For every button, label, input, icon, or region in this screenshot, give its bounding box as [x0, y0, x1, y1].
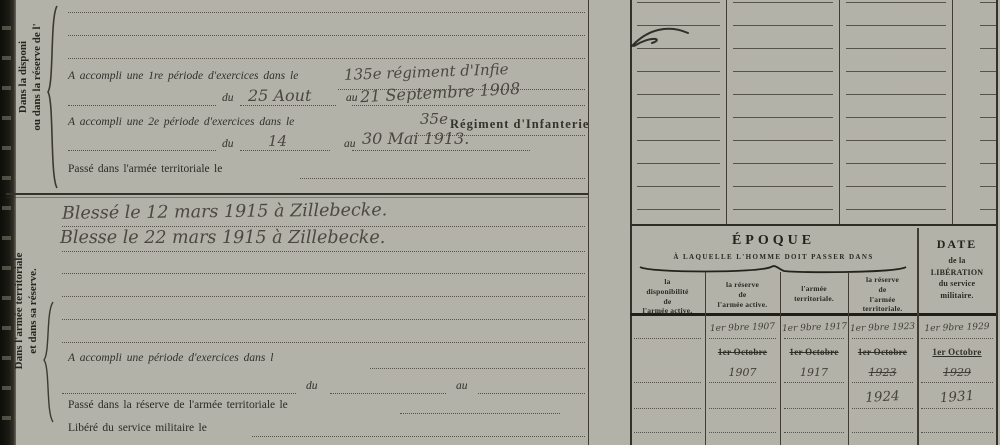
- cell-line: [634, 408, 701, 409]
- ruled-line: [62, 296, 585, 297]
- cell-line: [709, 408, 776, 409]
- binding-stitches: [2, 0, 11, 445]
- au-label: au: [344, 138, 356, 150]
- top-grid-lines: [846, 0, 946, 226]
- col2-octobre-stamp: 1er Octobre: [707, 347, 778, 357]
- section-divider-thin: [6, 197, 588, 198]
- cell-line: [921, 432, 993, 433]
- margin-label-territoriale: Dans l'armée territoriale et dans sa rés…: [13, 226, 43, 396]
- col3-year: 1917: [782, 366, 846, 379]
- epoque-col-line: [705, 272, 706, 445]
- period2-to-handwritten: 30 Mai 1913.: [362, 129, 469, 148]
- epoque-col3-header: l'armée territoriale.: [782, 284, 846, 304]
- liberation-year-struck: 1929: [919, 366, 995, 379]
- cell-line: [852, 432, 913, 433]
- cell-line: [921, 382, 993, 383]
- epoque-col1-header: la disponibilité de l'armée active.: [632, 277, 703, 316]
- military-record-page: Dans la disponi ou dans la réserve de l'…: [0, 0, 1000, 445]
- cell-line: [709, 338, 776, 339]
- liberation-year-correction: 1931: [919, 386, 996, 407]
- ruled-line: [62, 319, 585, 320]
- du-label: du: [222, 138, 234, 150]
- ruled-line: [68, 35, 585, 36]
- fill-line: [240, 105, 336, 106]
- cell-line: [634, 338, 701, 339]
- du-label: du: [306, 380, 318, 392]
- table-right-border: [996, 0, 998, 445]
- au-label: au: [456, 380, 468, 392]
- top-grid-col-line: [839, 0, 840, 226]
- du-label: du: [222, 92, 234, 104]
- fill-line: [240, 150, 330, 151]
- cell-line: [709, 432, 776, 433]
- period2-label: A accompli une 2e période d'exercices da…: [68, 116, 294, 128]
- cell-line: [784, 408, 844, 409]
- top-grid-col-line: [726, 0, 727, 226]
- col4-octobre-stamp: 1er Octobre: [850, 347, 915, 357]
- cell-line: [784, 432, 844, 433]
- table-left-border: [630, 0, 632, 445]
- col4-year-struck: 1923: [850, 366, 915, 379]
- fill-line: [400, 413, 560, 414]
- cell-line: [784, 382, 844, 383]
- liberation-date-handwritten: 1er 9bre 1929: [919, 322, 995, 335]
- fill-line: [352, 105, 585, 106]
- margin-label-disponibilite: Dans la disponi ou dans la réserve de l': [17, 0, 47, 192]
- fill-line: [62, 393, 296, 394]
- header-bottom-rule: [630, 313, 996, 316]
- top-grid-lines-narrow: [980, 0, 996, 226]
- cell-line: [921, 408, 993, 409]
- col3-date-handwritten: 1er 9bre 1917: [782, 322, 846, 334]
- cell-line: [634, 382, 701, 383]
- epoque-col-line: [848, 272, 849, 445]
- epoque-title: ÉPOQUE: [630, 233, 917, 249]
- passe-territoriale-label: Passé dans l'armée territoriale le: [68, 163, 222, 175]
- ruled-line: [62, 342, 585, 343]
- col3-octobre-stamp: 1er Octobre: [782, 347, 846, 357]
- fill-line: [352, 150, 530, 151]
- bottom-section-brace: [40, 300, 56, 425]
- period1-label: A accompli une 1re période d'exercices d…: [68, 70, 298, 82]
- col4-year-correction: 1924: [850, 387, 916, 406]
- ink-scribble: [630, 20, 714, 52]
- date-col-subtitle: de la LIBÉRATION du service militaire.: [919, 255, 995, 301]
- fill-line: [62, 226, 585, 227]
- fill-line: [330, 393, 446, 394]
- period2-regiment-stamp: Régiment d'Infanterie: [450, 117, 589, 132]
- top-grid-col-line: [952, 0, 953, 226]
- fill-line: [68, 105, 216, 106]
- fill-line: [370, 368, 585, 369]
- fill-line: [478, 393, 585, 394]
- period1-to-handwritten: 21 Septembre 1908: [360, 79, 521, 106]
- col2-year: 1907: [707, 366, 778, 379]
- period2-from-handwritten: 14: [268, 132, 287, 150]
- period1-from-handwritten: 25 Aout: [248, 86, 311, 105]
- date-col-title: DATE: [919, 237, 995, 252]
- au-label: au: [346, 92, 358, 104]
- col4-date-handwritten: 1er 9bre 1923: [850, 322, 915, 334]
- wound-note-2-handwritten: Blesse le 22 mars 1915 à Zillebecke.: [60, 228, 385, 248]
- epoque-col-line: [780, 272, 781, 445]
- cell-line: [921, 338, 993, 339]
- date-col-line: [917, 228, 919, 445]
- epoque-col4-header: la réserve de l'armée territoriale.: [850, 275, 915, 314]
- passe-reserve-label: Passé dans la réserve de l'armée territo…: [68, 399, 288, 411]
- cell-line: [852, 338, 913, 339]
- left-area-right-border: [588, 0, 589, 445]
- ruled-line: [68, 58, 585, 59]
- epoque-subtitle: À LAQUELLE L'HOMME DOIT PASSER DANS: [630, 253, 917, 261]
- ruled-line: [62, 273, 585, 274]
- top-section-brace: [44, 4, 60, 190]
- cell-line: [709, 382, 776, 383]
- libere-label: Libéré du service militaire le: [68, 422, 207, 434]
- cell-line: [634, 432, 701, 433]
- cell-line: [852, 408, 913, 409]
- col2-date-handwritten: 1er 9bre 1907: [707, 322, 778, 334]
- fill-line: [68, 150, 216, 151]
- period2-unit-handwritten: 35e: [420, 110, 448, 128]
- fill-line: [252, 436, 585, 437]
- cell-line: [852, 382, 913, 383]
- liberation-octobre-stamp: 1er Octobre: [919, 347, 995, 357]
- territoriale-period-label: A accompli une période d'exercices dans …: [68, 352, 273, 364]
- ruled-line: [68, 12, 585, 13]
- wound-note-1-handwritten: Blessé le 12 mars 1915 à Zillebecke.: [62, 200, 387, 223]
- section-divider: [6, 193, 588, 195]
- fill-line: [300, 178, 585, 179]
- fill-line: [62, 251, 585, 252]
- top-grid-lines: [733, 0, 833, 226]
- epoque-header-brace: [638, 263, 908, 275]
- cell-line: [784, 338, 844, 339]
- epoque-col2-header: la réserve de l'armée active.: [707, 280, 778, 309]
- top-grid-bottom-border: [630, 224, 996, 226]
